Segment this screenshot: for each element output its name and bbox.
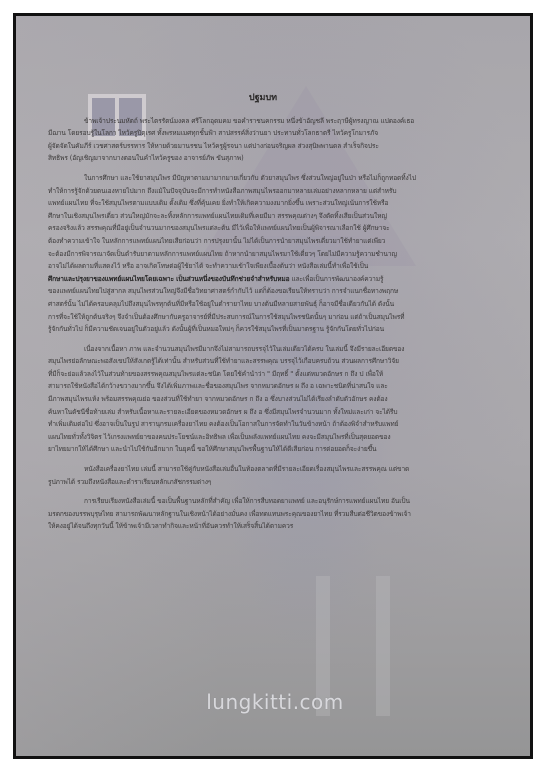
- text-line: สมุนไพรย่อลักษณะพอสังเขปให้สังเกตรู้ได้เ…: [48, 355, 478, 368]
- emphasized-text: ศึกษาและปรุงยาของแพทย์แผนไทยโดยเฉพาะ เป็…: [48, 275, 289, 283]
- text-line: ผู้จัดจัดในคัมภีร์ เวชศาสตร์บรรหาร ให้หา…: [48, 140, 478, 153]
- text-line: ศาสตร์นั้น ไม่ได้ครอบคลุมไปถึงสมุนไพรทุก…: [48, 298, 478, 311]
- text-line: หนังสือเครื่องยาไทย เล่มนี้ สามารถใช้คู่…: [48, 463, 478, 476]
- text-line: รูปภาพได้ รวมถึงหนังสือและตำราเรียนหลักเ…: [48, 476, 478, 489]
- paragraph: การเรียบเรียงหนังสือเล่มนี้ ขอเป็นพื้นฐา…: [48, 495, 478, 533]
- text-line: ของแพทย์แผนไทยไปสู่สากล สมุนไพรส่วนใหญ่จ…: [48, 285, 478, 298]
- document-body: ปฐมบท ข้าพเจ้าประนมหัตถ์ พระไตรรัตน์มงคล…: [48, 92, 478, 540]
- paragraph: ในการศึกษา และใช้ยาสมุนไพร มีปัญหาตามมาม…: [48, 172, 478, 336]
- page-title: ปฐมบท: [48, 92, 478, 105]
- text-line: ทำเพิ่มเติมต่อไป ซึ่งอาจเป็นในรูป สารานุ…: [48, 418, 478, 431]
- text-line: ข้าพเจ้าประนมหัตถ์ พระไตรรัตน์มงคล ศรีโล…: [48, 115, 478, 128]
- paragraph: ข้าพเจ้าประนมหัตถ์ พระไตรรัตน์มงคล ศรีโล…: [48, 115, 478, 165]
- paragraph-list: ข้าพเจ้าประนมหัตถ์ พระไตรรัตน์มงคล ศรีโล…: [48, 115, 478, 533]
- paragraph: หนังสือเครื่องยาไทย เล่มนี้ สามารถใช้คู่…: [48, 463, 478, 488]
- text-line: มีภาพสมุนไพรแห้ง พร้อมสรรพคุณย่อ ของส่วน…: [48, 393, 478, 406]
- text-line: การที่จะใช้ให้ถูกต้นจริงๆ จึงจำเป็นต้องศ…: [48, 311, 478, 324]
- text-line: ทำให้การรู้จักด้วยตนเองหายไปมาก ถึงแม้ใน…: [48, 185, 478, 198]
- text-line: ที่มีก็จะย่อแล้วลงไว้ในส่วนท้ายของสรรพคุ…: [48, 368, 478, 381]
- text-line: อาจไม่ได้ผลตามที่แสดงไว้ หรือ อาจเกิดโทษ…: [48, 260, 478, 273]
- text-line: แพทย์แผนไทย ที่จะใช้สมุนไพรตามแบบเดิม ดั…: [48, 197, 478, 210]
- text-line: การเรียบเรียงหนังสือเล่มนี้ ขอเป็นพื้นฐา…: [48, 495, 478, 508]
- text-line: สามารถใช้หนังสือได้กว้างขวางมากขึ้น จึงไ…: [48, 380, 478, 393]
- text-line: ศึกษาในเชิงสมุนไพรเดี่ยว ส่วนใหญ่มักจะละ…: [48, 210, 478, 223]
- text-line: ศึกษาและปรุงยาของแพทย์แผนไทยโดยเฉพาะ เป็…: [48, 273, 478, 286]
- text-line: เนื่องจากเนื้อหา ภาพ และจำนวนสมุนไพรมีมา…: [48, 343, 478, 356]
- text-line: ค้นหาในดัชนีชื่อท้ายเล่ม สำหรับเนื้อหาแล…: [48, 406, 478, 419]
- text-line: ให้คงอยู่ได้จนถึงทุกวันนี้ ให้ข้าพเจ้ามี…: [48, 520, 478, 533]
- site-watermark: lungkitti.com: [0, 690, 550, 714]
- text-line: ในการศึกษา และใช้ยาสมุนไพร มีปัญหาตามมาม…: [48, 172, 478, 185]
- text-line: มรดกของบรรพบุรุษไทย สามารถพัฒนาหลักฐานใน…: [48, 508, 478, 521]
- text-line: มีฌาน โดยรอบรู้ในโลกา ไหว้ครูปิตุเรศ ทั้…: [48, 127, 478, 140]
- text-line: สิทธิพร (อัญเชิญมาจากบางตอนในคำไหว้ครูขอ…: [48, 152, 478, 165]
- text-line: จะต้องมีการพิจารณาจัดเป็นตำรับยาตามหลักก…: [48, 248, 478, 261]
- text-line: ยาไทยมากให้ได้ศึกษา และนำไปใช้กันอีกมาก …: [48, 443, 478, 456]
- text-line: ต้องทำความเข้าใจ ในหลักการแพทย์แผนไทยเสี…: [48, 235, 478, 248]
- paragraph: เนื่องจากเนื้อหา ภาพ และจำนวนสมุนไพรมีมา…: [48, 343, 478, 456]
- text-line: รู้จักกันทั่วไป ก็มีความชัดเจนอยู่ในตัวอ…: [48, 323, 478, 336]
- text-line: ครองจริงแล้ว สรรพคุณที่มีอยู่เป็นจำนวนมา…: [48, 222, 478, 235]
- text-line: แผนไทยทั่วทั้งวิจิตร ไว้เกรงแพทย์ยาของคน…: [48, 431, 478, 444]
